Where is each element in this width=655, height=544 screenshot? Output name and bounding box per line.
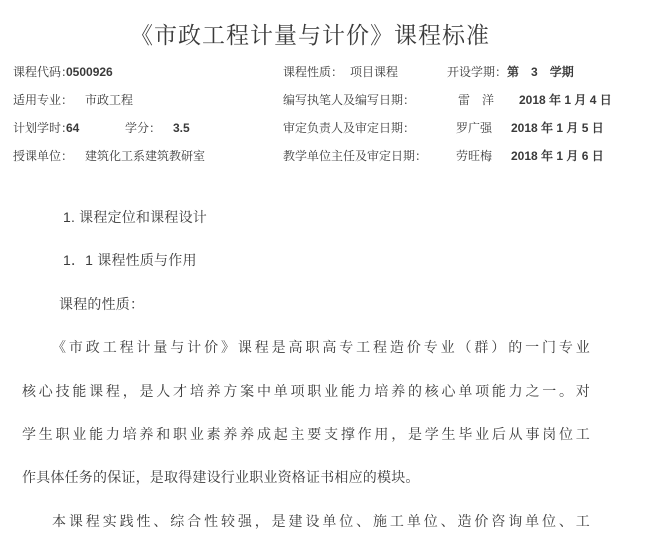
subheading-course-nature: 课程的性质： xyxy=(22,283,590,326)
document-title: 《市政工程计量与计价》课程标准 xyxy=(0,22,620,48)
hours-value: 64 xyxy=(66,121,79,135)
major-label: 适用专业： xyxy=(13,93,73,107)
hours-label: 计划学时： xyxy=(13,121,73,135)
document-page: 《市政工程计量与计价》课程标准 课程代码： 0500926 课程性质： 项目课程… xyxy=(0,0,655,544)
course-code-label: 课程代码： xyxy=(13,65,73,79)
director-name: 劳旺梅 xyxy=(456,149,492,163)
section-heading-1-1: 1．1 课程性质与作用 xyxy=(22,239,590,282)
reviewer-name: 罗广强 xyxy=(456,121,492,135)
credit-value: 3.5 xyxy=(173,121,190,135)
reviewer-label: 审定负责人及审定日期： xyxy=(283,121,415,135)
course-nature-label: 课程性质： xyxy=(283,65,343,79)
paragraph-1-line-4: 作具体任务的保证，是取得建设行业职业资格证书相应的模块。 xyxy=(22,456,590,499)
course-code-value: 0500926 xyxy=(66,65,113,79)
paragraph-1-line-3: 学生职业能力培养和职业素养养成起主要支撑作用，是学生毕业后从事岗位工 xyxy=(22,413,590,456)
writer-label: 编写执笔人及编写日期： xyxy=(283,93,415,107)
paragraph-2-line-1: 本课程实践性、综合性较强，是建设单位、施工单位、造价咨询单位、工 xyxy=(22,500,590,543)
paragraph-1-line-2: 核心技能课程，是人才培养方案中单项职业能力培养的核心单项能力之一。对 xyxy=(22,370,590,413)
writer-name: 雷 洋 xyxy=(458,93,494,107)
course-nature-value: 项目课程 xyxy=(350,65,398,79)
unit-label: 授课单位： xyxy=(13,149,73,163)
paragraph-1-line-1: 《市政工程计量与计价》课程是高职高专工程造价专业（群）的一门专业 xyxy=(22,326,590,369)
reviewer-date: 2018 年 1 月 5 日 xyxy=(511,121,604,135)
unit-value: 建筑化工系建筑教研室 xyxy=(85,149,205,163)
director-date: 2018 年 1 月 6 日 xyxy=(511,149,604,163)
document-body: 1. 课程定位和课程设计 1．1 课程性质与作用 课程的性质： 《市政工程计量与… xyxy=(22,196,590,543)
director-label: 教学单位主任及审定日期： xyxy=(283,149,427,163)
credit-label: 学分： xyxy=(125,121,161,135)
section-heading-1: 1. 课程定位和课程设计 xyxy=(22,196,590,239)
semester-field: 开设学期：第 3 学期 xyxy=(447,65,574,79)
semester-label: 开设学期： xyxy=(447,65,507,79)
semester-value: 第 3 学期 xyxy=(507,65,574,79)
writer-date: 2018 年 1 月 4 日 xyxy=(519,93,612,107)
major-value: 市政工程 xyxy=(85,93,133,107)
